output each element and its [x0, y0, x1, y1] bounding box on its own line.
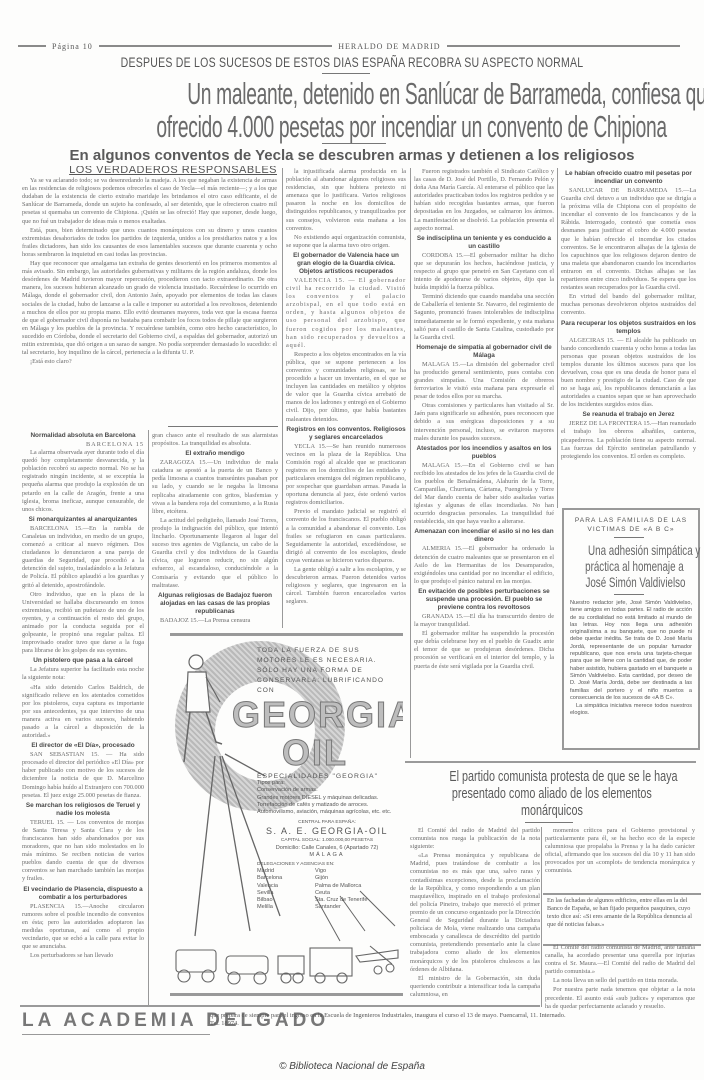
main-headline-line1: Un maleante, detenido en Sanlúcar de Bar… [0, 77, 704, 111]
paragraph: SANLUCAR DE BARRAMEDA 15.—La Guardia civ… [561, 187, 696, 292]
divider [525, 822, 573, 823]
running-head: Página 10 HERALDO DE MADRID [18, 40, 686, 52]
subheading: Un pistolero que pasa a la cárcel [22, 657, 144, 665]
paragraph: gran chasco ante el resultado de sus ala… [152, 432, 278, 448]
paragraph: El Comité del radio de Madrid del partid… [410, 827, 540, 851]
agency: Santander [315, 904, 367, 911]
subheading: Algunas religiosas de Badajoz fueron alo… [152, 592, 278, 616]
paragraph: ALGECIRAS 15. — El alcalde ha publicado … [561, 337, 696, 410]
agency: Madrid [257, 868, 315, 875]
article-column-right-mid: Fueron registrados también el Sindicato … [414, 168, 554, 758]
paragraph: Fueron registrados también el Sindicato … [414, 168, 554, 233]
ad-specialties: ESPECIALIDADES "GEORGIA" Tipos para: Con… [257, 773, 397, 911]
paragraph: «La Prensa monárquica y republicana de M… [410, 852, 540, 973]
article-column-center: la injustificada alarma producida en la … [286, 168, 406, 628]
agency: Sevilla [257, 890, 315, 897]
paragraph: GRANADA 15.—El día ha transcurrido dentr… [414, 613, 554, 629]
article-column-left-lower: Normalidad absoluta en Barcelona BARCELO… [22, 430, 144, 1008]
paragraph: La actitud del pedigüeño, llamado José T… [152, 517, 278, 590]
paragraph: No existiendo aquí organización comunist… [286, 234, 406, 250]
paragraph: BARCELONA 15.—En la rambla de Canaletas … [22, 525, 144, 590]
deck-headline: En algunos conventos de Yecla se descubr… [0, 147, 704, 164]
editorial-title: LOS VERDADEROS RESPONSABLES [22, 166, 277, 174]
types-label: Tipos para: [257, 780, 397, 787]
paragraph: PLASENCIA 15.—Anoche circularon rumores … [22, 903, 144, 952]
agency: Bilbao [257, 897, 315, 904]
column-rule [282, 168, 283, 628]
use-item: Automovilismo, aviación, máquinas agríco… [257, 809, 397, 816]
subheading: Normalidad absoluta en Barcelona [22, 432, 144, 440]
newspaper-page: Página 10 HERALDO DE MADRID DESPUES DE L… [0, 0, 704, 1080]
brand-oil: OIL [282, 732, 348, 774]
paragraph: El ministro de la Gobernación, sin duda … [410, 975, 540, 999]
ad-tagline: TODA LA FUERZA DE SUS MOTORES LE ES NECE… [257, 646, 399, 696]
editorial-article: LOS VERDADEROS RESPONSABLES Ya se va acl… [22, 166, 277, 426]
divider [18, 45, 46, 47]
divider [99, 45, 332, 47]
divider [614, 594, 644, 595]
pasquines-note: En las fachadas de algunos edificios, en… [543, 893, 701, 946]
paragraph: Otras comisiones y particulares han visi… [414, 402, 554, 442]
agency: Valencia [257, 883, 315, 890]
paragraph: Hay que reconocer que amalgama tan extra… [22, 260, 277, 357]
comunista-headline: El partido comunista protesta de que se … [405, 768, 698, 819]
divider [322, 73, 370, 74]
divider [614, 537, 644, 538]
paragraph: El gobernador militar ha suspendido la p… [414, 630, 554, 670]
agencies-list: Madrid Barcelona Valencia Sevilla Bilbao… [257, 868, 397, 911]
paragraph: Previo el mandato judicial se registró e… [286, 508, 406, 565]
paragraph: En virtud del bando del gobernador milit… [561, 293, 696, 317]
box-closing: La simpática iniciativa merece todos nue… [564, 703, 698, 718]
paragraph: Está, pues, bien determinado que unos cu… [22, 227, 277, 259]
box-body: Nuestro redactor jefe, José Simón Valdiv… [564, 600, 698, 702]
city: MÁLAGA [257, 852, 397, 859]
column-rule [557, 168, 558, 508]
column-rule [148, 430, 149, 1005]
paragraph: ALMERIA 15.—El gobernador ha ordenado la… [414, 545, 554, 585]
paragraph: VALENCIA 15. — El gobernador civil ha re… [286, 277, 406, 350]
divider [322, 143, 386, 144]
paragraph: La nota lleva un sello del partido en ti… [545, 977, 695, 985]
use-item: Grandes motores DIESEL y máquinas delica… [257, 795, 397, 802]
paragraph: MALAGA 15.—En el Gobierno civil se han r… [414, 462, 554, 527]
subheading: Registros en los conventos. Religiosos y… [286, 426, 406, 442]
divider [20, 1005, 540, 1007]
subheading: Para recuperar los objetos sustraídos en… [561, 320, 696, 336]
central-label: CENTRAL PARA ESPAÑA: [257, 819, 397, 826]
copyright-notice: © Biblioteca Nacional de España [0, 1061, 704, 1072]
paragraph: La alarma observada ayer durante todo el… [22, 449, 144, 514]
subheading: El director de «El Día», procesado [22, 742, 144, 750]
agencies-label: DELEGACIONES Y AGENCIAS EN: [257, 861, 397, 868]
divider [447, 45, 680, 47]
agency: Gijón [315, 875, 367, 882]
capital: CAPITAL SOCIAL: 1.000.000,00 PESETAS [257, 837, 397, 844]
agency: Barcelona [257, 875, 315, 882]
subheading: Atestados por los incendios y asaltos en… [414, 445, 554, 461]
specialties-title: ESPECIALIDADES "GEORGIA" [257, 773, 397, 780]
paragraph: ¡Está esto claro? [22, 358, 277, 366]
subheading: Se indisciplina un teniente y es conduci… [414, 235, 554, 251]
company-name: S. A. E. GEORGIA-OIL [257, 826, 397, 837]
divider [22, 1034, 210, 1035]
paragraph: SAN SEBASTIAN 15. — Ha sido procesado el… [22, 751, 144, 800]
paragraph: El Comité del radio comunista de Madrid,… [545, 944, 695, 976]
subheading: Le habían ofrecido cuatro mil pesetas po… [561, 170, 696, 186]
paragraph: BADAJOZ 15.—La Prensa censura [152, 617, 278, 625]
use-item: Torrefacción de cafés y matizado de arro… [257, 802, 397, 809]
paragraph: Respecto a los objetos encontrados en la… [286, 351, 406, 424]
subheading: El gobernador de Valencia hace un gran e… [286, 252, 406, 276]
paragraph: «Ha sido detenido Carlos Baldrich, de si… [22, 684, 144, 741]
dateline: BARCELONA 15 [22, 441, 144, 449]
subheading: Homenaje de simpatía al gobernador civil… [414, 344, 554, 360]
paragraph: La Jefatura superior ha facilitado esta … [22, 666, 144, 682]
agency: Melilla [257, 904, 315, 911]
use-item: Conservación de armas. [257, 787, 397, 794]
paragraph: momentos críticos para el Gobierno provi… [545, 827, 695, 876]
article-column-far-right: Le habían ofrecido cuatro mil pesetas po… [561, 168, 696, 504]
subheading: Se marchan los religiosos de Teruel y na… [22, 802, 144, 818]
divider [405, 761, 696, 763]
agency: Palma de Mallorca [315, 883, 367, 890]
column-rule [410, 168, 411, 758]
page-number: Página 10 [52, 42, 93, 51]
academia-delgado-text: que prepara de siempre para el ingreso e… [210, 1012, 570, 1028]
paragraph: Ya se va aclarando todo; se va desenreda… [22, 177, 277, 226]
paragraph: La gente obligó a salir a los escolapios… [286, 566, 406, 606]
box-title: Una adhesión simpática y práctica al hom… [564, 542, 698, 590]
masthead: HERALDO DE MADRID [338, 42, 440, 51]
comunista-column-2: momentos críticos para el Gobierno provi… [545, 827, 695, 889]
brand-georgia: GEORGIA [232, 694, 403, 736]
column-rule [541, 827, 542, 1007]
paragraph: ZARAGOZA 15.—Un individuo de mala catadu… [152, 459, 278, 516]
subheading: El vecindario de Plasencia, dispuesto a … [22, 886, 144, 902]
subheading: El extraño mendigo [152, 450, 278, 458]
paragraph: Los perturbadores se han llevado [22, 952, 144, 960]
agency: Sta. Cruz de Tenerife [315, 897, 367, 904]
kicker-headline: DESPUES DE LOS SUCESOS DE ESTOS DIAS ESP… [77, 55, 626, 70]
paragraph: MALAGA 15.—La dimisión del gobernador ci… [414, 361, 554, 401]
paragraph: YECLA 15.—Se han reunido numerosos vecin… [286, 443, 406, 508]
box-kicker: PARA LAS FAMILIAS DE LAS VICTIMAS DE «A … [564, 516, 698, 534]
paragraph: la injustificada alarma producida en la … [286, 168, 406, 233]
paragraph: TERUEL 15. — Los conventos de monjas de … [22, 819, 144, 884]
vehicles-illustration-icon [170, 936, 403, 988]
divider [168, 426, 278, 427]
paragraph: Terminó diciendo que cuando mandaba una … [414, 293, 554, 342]
homenaje-valdivielso-box: PARA LAS FAMILIAS DE LAS VICTIMAS DE «A … [562, 508, 700, 750]
subheading: Si monarquizantes al anarquizantes [22, 516, 144, 524]
address: Domicilio: Calle Canales, 6 (Apartado 72… [257, 845, 397, 852]
paragraph: Por nuestra parte nada tenemos que objet… [545, 986, 695, 1010]
paragraph: CORDOBA 15.—El gobernador militar ha dic… [414, 252, 554, 292]
agency: Vigo [315, 868, 367, 875]
paragraph: JEREZ DE LA FRONTERA 15.—Han reanudado e… [561, 420, 696, 460]
subheading: Amenazan con incendiar el asilo si no le… [414, 528, 554, 544]
subheading: En evitación de posibles perturbaciones … [414, 588, 554, 612]
agency: Ceuta [315, 890, 367, 897]
subheading: Se reanuda el trabajo en Jerez [561, 411, 696, 419]
article-column-mid-lower: gran chasco ante el resultado de sus ala… [152, 432, 278, 628]
georgia-oil-advertisement: TODA LA FUERZA DE SUS MOTORES LE ES NECE… [170, 633, 403, 996]
paragraph: Otro individuo, que en la plaza de la Un… [22, 591, 144, 656]
main-headline-line2: ofrecido 4.000 pesetas por incendiar un … [0, 110, 704, 144]
comunista-column-1: El Comité del radio de Madrid del partid… [410, 827, 540, 1009]
